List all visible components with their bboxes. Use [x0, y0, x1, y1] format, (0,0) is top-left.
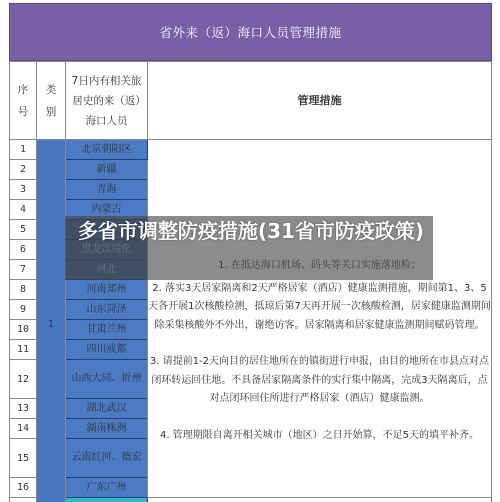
measure-3: 3. 请提前1-2天向目的居住地所在的镇街进行申报，由目的地所在市县点对点闭环转… — [148, 353, 491, 409]
category-cell: 1 — [37, 140, 66, 502]
city-cell: 山东菏泽 — [66, 300, 148, 320]
city-cell: 湖南株洲 — [66, 419, 148, 439]
row-number: 3 — [10, 180, 37, 200]
row-number: 1 — [10, 140, 37, 160]
row-number: 10 — [10, 320, 37, 340]
table-row: 1 1 北京朝阳区 1. 在抵达海口机场、码头等关口实施落地检； 2. 落实3天… — [10, 140, 492, 160]
row-number: 13 — [10, 399, 37, 419]
policy-table: 序号 类别 7日内有相关旅居史的来（返）海口人员 管理措施 1 1 北京朝阳区 … — [9, 61, 492, 502]
city-cell: 青海 — [66, 180, 148, 200]
row-number: 9 — [10, 300, 37, 320]
row-number: 5 — [10, 220, 37, 240]
row-number: 14 — [10, 419, 37, 439]
row-number: 6 — [10, 240, 37, 260]
row-number: 2 — [10, 160, 37, 180]
city-cell: 湖北武汉 — [66, 399, 148, 419]
row-number: 15 — [10, 439, 37, 478]
measures-cell: 1. 在抵达海口机场、码头等关口实施落地检； 2. 落实3天居家隔离和2天严格居… — [148, 140, 492, 498]
row-number: 4 — [10, 200, 37, 220]
city-cell: 北京朝阳区 — [66, 140, 148, 160]
city-cell — [66, 498, 148, 502]
city-cell: 新疆 — [66, 160, 148, 180]
headline-overlay-text: 多省市调整防疫措施(31省市防疫政策) — [68, 219, 434, 243]
row-number: 7 — [10, 260, 37, 280]
table-row-partial — [10, 498, 492, 502]
measures-cell — [148, 498, 492, 502]
row-number: 16 — [10, 478, 37, 498]
city-cell: 甘肃兰州 — [66, 320, 148, 340]
row-number: 12 — [10, 360, 37, 399]
header-measures: 管理措施 — [148, 62, 492, 140]
city-cell: 河南郑州 — [66, 280, 148, 300]
measure-4: 4. 管理期限自离开相关城市（地区）之日开始算，不足5天的填平补齐。 — [148, 427, 491, 446]
row-number: 11 — [10, 340, 37, 360]
header-row: 序号 类别 7日内有相关旅居史的来（返）海口人员 管理措施 — [10, 62, 492, 140]
city-cell: 云南红河、德宏 — [66, 439, 148, 478]
city-cell: 广东广州 — [66, 478, 148, 498]
city-cell: 四川成都 — [66, 340, 148, 360]
row-number: 8 — [10, 280, 37, 300]
row-number — [10, 498, 37, 502]
header-category: 类别 — [37, 62, 66, 140]
header-no: 序号 — [10, 62, 37, 140]
header-city: 7日内有相关旅居史的来（返）海口人员 — [66, 62, 148, 140]
table-title: 省外来（返）海口人员管理措施 — [9, 3, 492, 61]
measure-2: 2. 落实3天居家隔离和2天严格居家（酒店）健康监测措施，期间第1、3、5天各开… — [148, 280, 491, 336]
city-cell: 山西大同、忻州 — [66, 360, 148, 399]
